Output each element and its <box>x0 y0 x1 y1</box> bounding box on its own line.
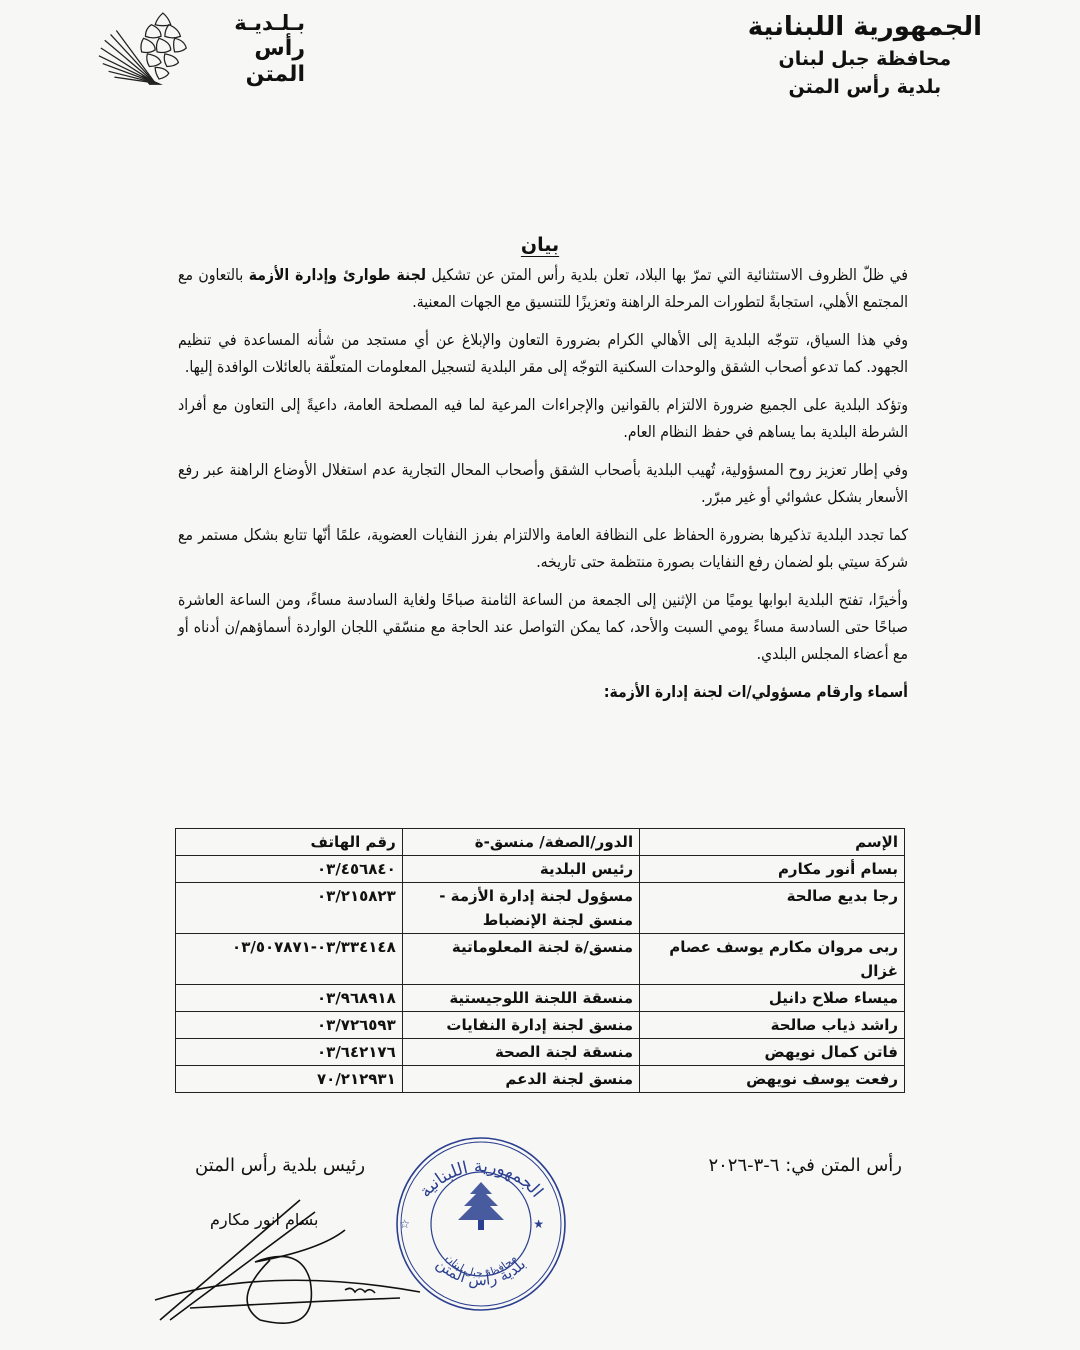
crisis-committee-table: الإسم الدور/الصفة/ منسق-ة رقم الهاتف بسا… <box>175 828 905 1093</box>
table-header-row: الإسم الدور/الصفة/ منسق-ة رقم الهاتف <box>176 829 905 856</box>
header-role: الدور/الصفة/ منسق-ة <box>402 829 639 856</box>
cell-name: فاتن كمال نويهض <box>640 1039 905 1066</box>
cell-name: رفعت يوسف نويهض <box>640 1066 905 1093</box>
document-title: بيان <box>0 234 1080 256</box>
republic-title: الجمهورية اللبنانية <box>748 10 982 44</box>
cell-phone: ٠٣/٦٤٢١٧٦ <box>176 1039 403 1066</box>
official-stamp: الجمهورية اللبنانية بلدية رأس المتن محاف… <box>392 1132 570 1314</box>
logo-line-2: رأس المتن <box>191 36 305 88</box>
paragraph-5: كما تجدد البلدية تذكيرها بضرورة الحفاظ ع… <box>178 522 908 576</box>
cell-role: منسق/ة لجنة المعلوماتية <box>402 934 639 985</box>
cell-phone: ٠٣/٤٥٦٨٤٠ <box>176 856 403 883</box>
table-row: بسام أنور مكارم رئيس البلدية ٠٣/٤٥٦٨٤٠ <box>176 856 905 883</box>
header-name: الإسم <box>640 829 905 856</box>
paragraph-3: وتؤكد البلدية على الجميع ضرورة الالتزام … <box>178 392 908 446</box>
star-icon-left: ☆ <box>399 1217 410 1231</box>
municipality-title: بلدية رأس المتن <box>748 74 982 100</box>
cell-name: ربى مروان مكارم يوسف عصام غزال <box>640 934 905 985</box>
paragraph-2: وفي هذا السياق، تتوجّه البلدية إلى الأها… <box>178 327 908 381</box>
cell-role: مسؤول لجنة إدارة الأزمة - منسق لجنة الإن… <box>402 883 639 934</box>
governorate-title: محافظة جبل لبنان <box>748 44 982 74</box>
table-row: رجا بديع صالحة مسؤول لجنة إدارة الأزمة -… <box>176 883 905 934</box>
cedar-tree-icon <box>458 1182 504 1230</box>
document-page: الجمهورية اللبنانية محافظة جبل لبنان بلد… <box>0 0 1080 1350</box>
cell-role: منسقة لجنة الصحة <box>402 1039 639 1066</box>
star-icon-right: ★ <box>533 1217 544 1231</box>
table-row: رفعت يوسف نويهض منسق لجنة الدعم ٧٠/٢١٢٩٣… <box>176 1066 905 1093</box>
statement-body: في ظلّ الظروف الاستثنائية التي تمرّ بها … <box>178 262 908 717</box>
cell-name: ميساء صلاح دانيل <box>640 985 905 1012</box>
paragraph-1: في ظلّ الظروف الاستثنائية التي تمرّ بها … <box>178 262 908 316</box>
paragraph-4: وفي إطار تعزيز روح المسؤولية، تُهيب البل… <box>178 457 908 511</box>
cell-phone: ٠٣/٢١٥٨٢٣ <box>176 883 403 934</box>
cell-name: رجا بديع صالحة <box>640 883 905 934</box>
cell-phone: ٠٣/٩٦٨٩١٨ <box>176 985 403 1012</box>
logo-line-1: بـلـديـة <box>191 10 305 36</box>
table-row: فاتن كمال نويهض منسقة لجنة الصحة ٠٣/٦٤٢١… <box>176 1039 905 1066</box>
pine-cone-icon <box>95 6 197 91</box>
cell-role: رئيس البلدية <box>402 856 639 883</box>
cell-role: منسق لجنة إدارة النفايات <box>402 1012 639 1039</box>
government-header: الجمهورية اللبنانية محافظة جبل لبنان بلد… <box>748 10 982 100</box>
cell-name: بسام أنور مكارم <box>640 856 905 883</box>
committee-name-emphasis: لجنة طوارئ وإدارة الأزمة <box>249 266 426 284</box>
cell-phone: ٠٣/٣٣٤١٤٨-٠٣/٥٠٧٨٧١ <box>176 934 403 985</box>
cell-phone: ٠٣/٧٢٦٥٩٣ <box>176 1012 403 1039</box>
contacts-list-heading: أسماء وارقام مسؤولي/ات لجنة إدارة الأزمة… <box>178 679 908 706</box>
table-row: راشد ذياب صالحة منسق لجنة إدارة النفايات… <box>176 1012 905 1039</box>
cell-phone: ٧٠/٢١٢٩٣١ <box>176 1066 403 1093</box>
cell-role: منسقة اللجنة اللوجيستية <box>402 985 639 1012</box>
header-phone: رقم الهاتف <box>176 829 403 856</box>
cell-role: منسق لجنة الدعم <box>402 1066 639 1093</box>
document-date: رأس المتن في: ٦-٣-٢٠٢٦ <box>708 1155 902 1176</box>
logo-text: بـلـديـة رأس المتن <box>191 10 305 88</box>
table-row: ميساء صلاح دانيل منسقة اللجنة اللوجيستية… <box>176 985 905 1012</box>
paragraph-6: وأخيرًا، تفتح البلدية ابوابها يوميًا من … <box>178 587 908 668</box>
municipality-logo: بـلـديـة رأس المتن <box>95 6 305 91</box>
cell-name: راشد ذياب صالحة <box>640 1012 905 1039</box>
table-row: ربى مروان مكارم يوسف عصام غزال منسق/ة لج… <box>176 934 905 985</box>
paragraph-1-text: في ظلّ الظروف الاستثنائية التي تمرّ بها … <box>426 266 908 284</box>
